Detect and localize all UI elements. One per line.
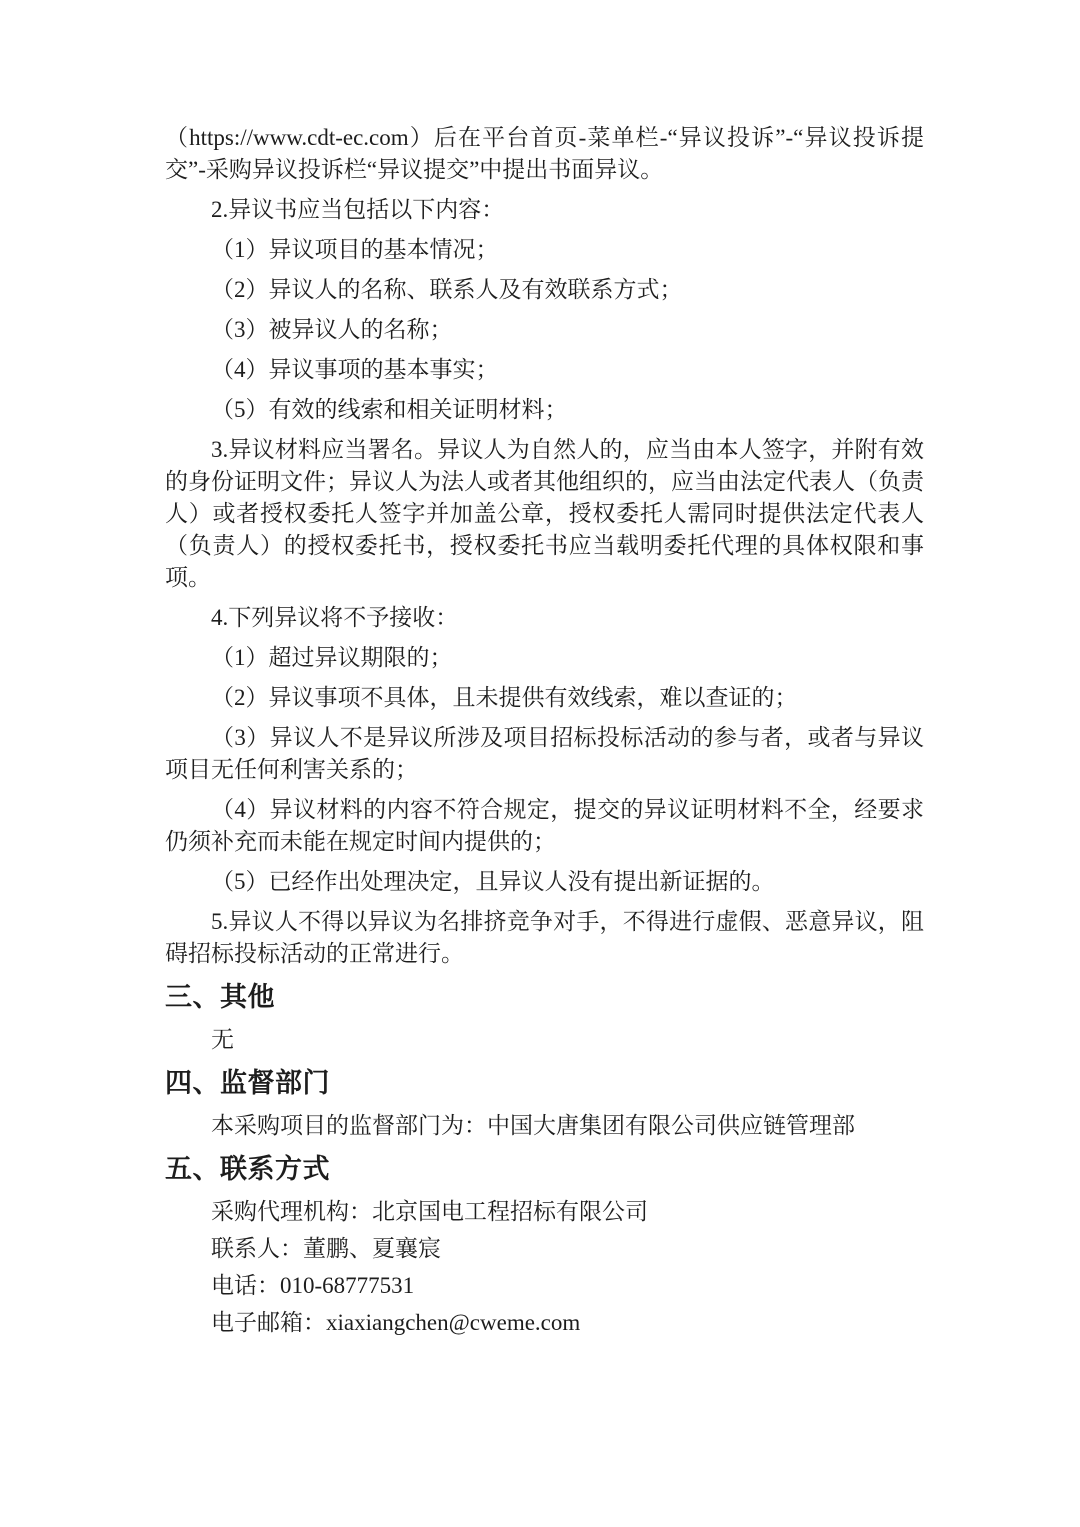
paragraph: （5）有效的线索和相关证明材料； [165, 394, 924, 426]
paragraph: 无 [165, 1024, 924, 1056]
paragraph: 电子邮箱：xiaxiangchen@cweme.com [165, 1307, 924, 1339]
paragraph: 2.异议书应当包括以下内容： [165, 194, 924, 226]
paragraph: （1）异议项目的基本情况； [165, 234, 924, 266]
paragraph: 联系人：董鹏、夏襄宸 [165, 1233, 924, 1265]
document-page: （https://www.cdt-ec.com）后在平台首页-菜单栏-“异议投诉… [0, 0, 1080, 1527]
paragraph: （2）异议人的名称、联系人及有效联系方式； [165, 274, 924, 306]
paragraph: 3.异议材料应当署名。异议人为自然人的，应当由本人签字，并附有效的身份证明文件；… [165, 434, 924, 594]
section-heading: 五、联系方式 [165, 1150, 924, 1188]
paragraph: 4.下列异议将不予接收： [165, 602, 924, 634]
paragraph: 采购代理机构：北京国电工程招标有限公司 [165, 1196, 924, 1228]
section-heading: 四、监督部门 [165, 1064, 924, 1102]
paragraph: （2）异议事项不具体，且未提供有效线索，难以查证的； [165, 682, 924, 714]
document-body: （https://www.cdt-ec.com）后在平台首页-菜单栏-“异议投诉… [165, 122, 924, 1339]
paragraph: （4）异议事项的基本事实； [165, 354, 924, 386]
paragraph: 本采购项目的监督部门为：中国大唐集团有限公司供应链管理部 [165, 1110, 924, 1142]
paragraph: （1）超过异议期限的； [165, 642, 924, 674]
paragraph: （3）被异议人的名称； [165, 314, 924, 346]
paragraph: （5）已经作出处理决定，且异议人没有提出新证据的。 [165, 866, 924, 898]
paragraph: （3）异议人不是异议所涉及项目招标投标活动的参与者，或者与异议项目无任何利害关系… [165, 722, 924, 786]
paragraph: 5.异议人不得以异议为名排挤竞争对手，不得进行虚假、恶意异议，阻碍招标投标活动的… [165, 906, 924, 970]
section-heading: 三、其他 [165, 978, 924, 1016]
paragraph: （https://www.cdt-ec.com）后在平台首页-菜单栏-“异议投诉… [165, 122, 924, 186]
paragraph: 电话：010-68777531 [165, 1270, 924, 1302]
paragraph: （4）异议材料的内容不符合规定，提交的异议证明材料不全，经要求仍须补充而未能在规… [165, 794, 924, 858]
